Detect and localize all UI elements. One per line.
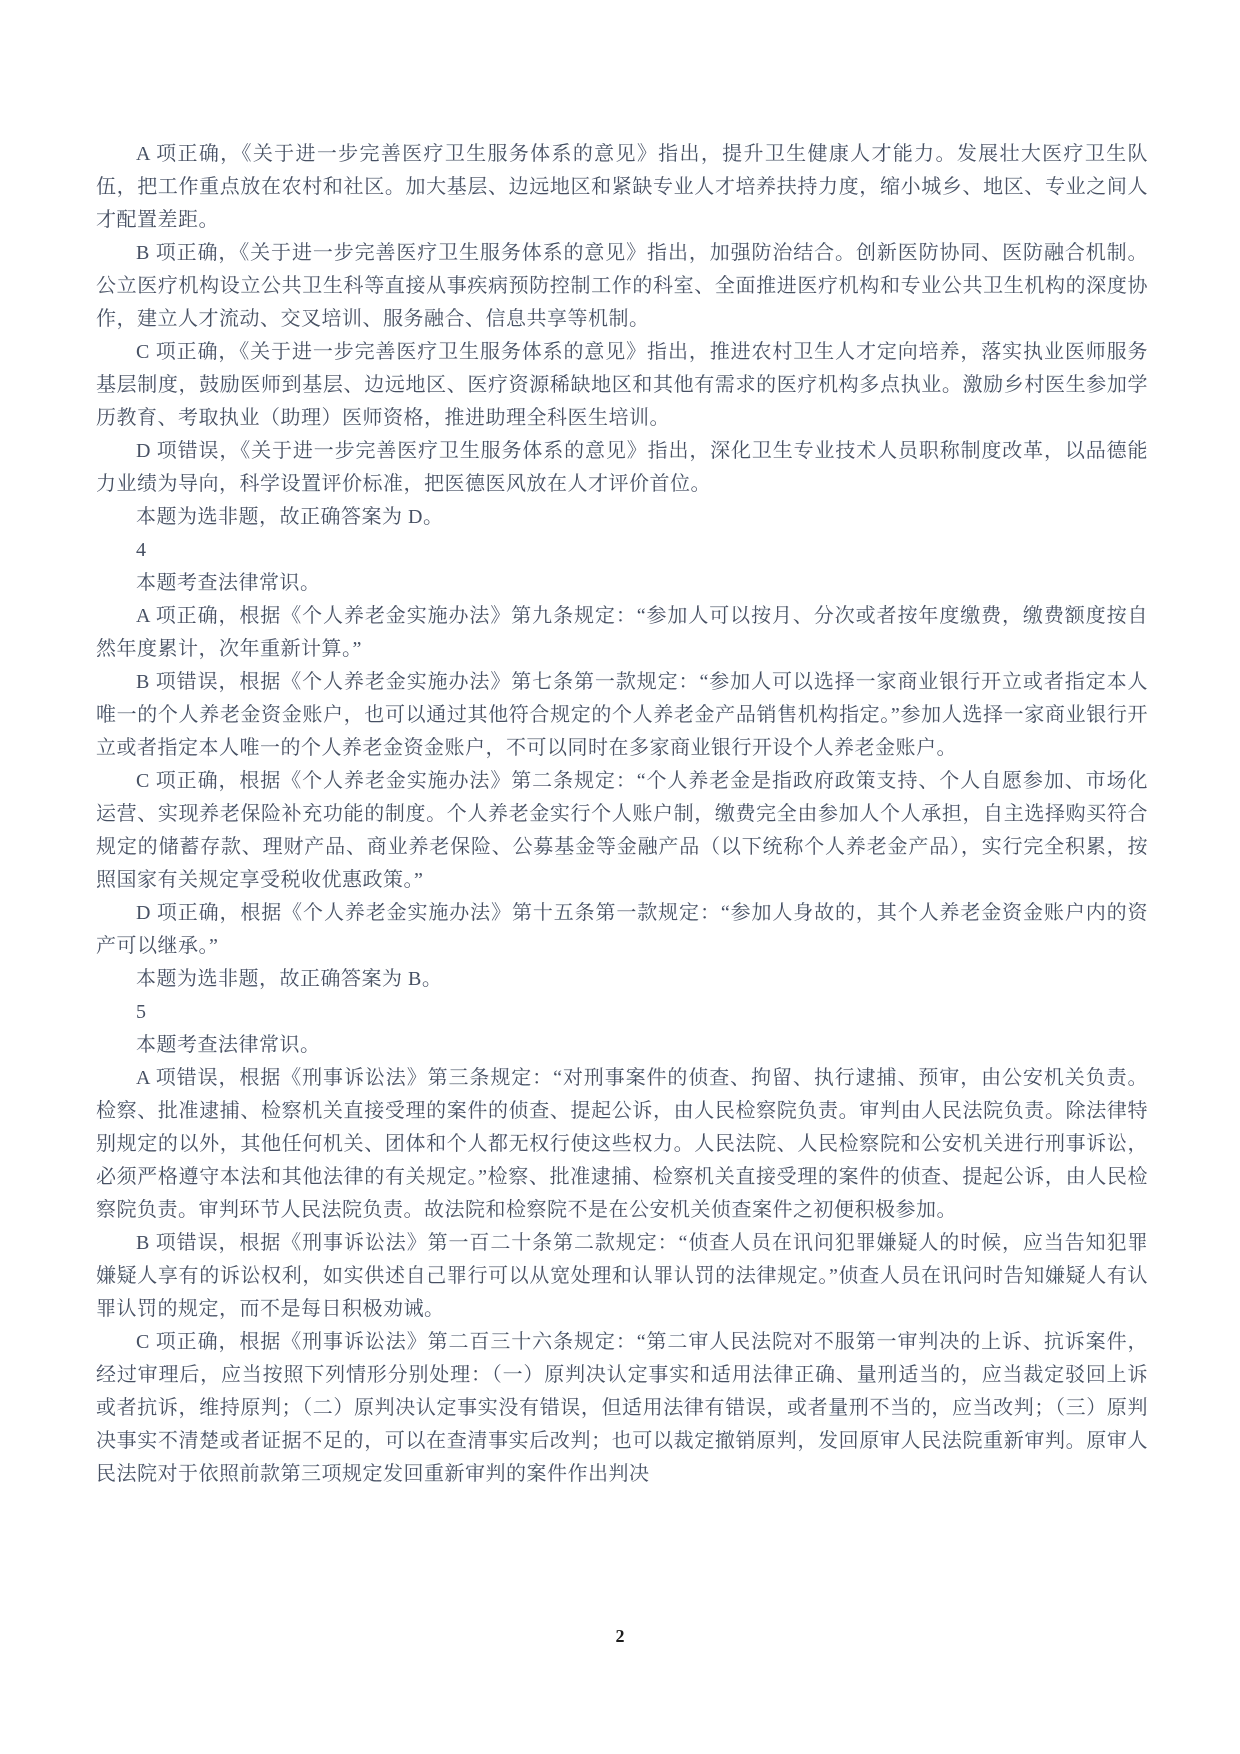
paragraph-q3-option-a: A 项正确，《关于进一步完善医疗卫生服务体系的意见》指出，提升卫生健康人才能力。… xyxy=(96,138,1148,237)
paragraph-q4-option-d: D 项正确，根据《个人养老金实施办法》第十五条第一款规定：“参加人身故的，其个人… xyxy=(96,897,1148,963)
document-body: A 项正确，《关于进一步完善医疗卫生服务体系的意见》指出，提升卫生健康人才能力。… xyxy=(96,138,1148,1491)
paragraph-q3-option-b: B 项正确，《关于进一步完善医疗卫生服务体系的意见》指出，加强防治结合。创新医防… xyxy=(96,237,1148,336)
paragraph-q4-intro: 本题考查法律常识。 xyxy=(96,567,1148,600)
paragraph-q3-answer: 本题为选非题，故正确答案为 D。 xyxy=(96,501,1148,534)
question-number-5: 5 xyxy=(96,996,1148,1029)
paragraph-q4-answer: 本题为选非题，故正确答案为 B。 xyxy=(96,963,1148,996)
paragraph-q3-option-c: C 项正确，《关于进一步完善医疗卫生服务体系的意见》指出，推进农村卫生人才定向培… xyxy=(96,336,1148,435)
document-page: A 项正确，《关于进一步完善医疗卫生服务体系的意见》指出，提升卫生健康人才能力。… xyxy=(0,0,1240,1754)
paragraph-q5-intro: 本题考查法律常识。 xyxy=(96,1029,1148,1062)
paragraph-q5-option-b: B 项错误，根据《刑事诉讼法》第一百二十条第二款规定：“侦查人员在讯问犯罪嫌疑人… xyxy=(96,1227,1148,1326)
paragraph-q4-option-b: B 项错误，根据《个人养老金实施办法》第七条第一款规定：“参加人可以选择一家商业… xyxy=(96,666,1148,765)
paragraph-q3-option-d: D 项错误，《关于进一步完善医疗卫生服务体系的意见》指出，深化卫生专业技术人员职… xyxy=(96,435,1148,501)
paragraph-q5-option-a: A 项错误，根据《刑事诉讼法》第三条规定：“对刑事案件的侦查、拘留、执行逮捕、预… xyxy=(96,1062,1148,1227)
paragraph-q4-option-c: C 项正确，根据《个人养老金实施办法》第二条规定：“个人养老金是指政府政策支持、… xyxy=(96,765,1148,897)
paragraph-q4-option-a: A 项正确，根据《个人养老金实施办法》第九条规定：“参加人可以按月、分次或者按年… xyxy=(96,600,1148,666)
question-number-4: 4 xyxy=(96,534,1148,567)
page-number: 2 xyxy=(0,1626,1240,1647)
paragraph-q5-option-c: C 项正确，根据《刑事诉讼法》第二百三十六条规定：“第二审人民法院对不服第一审判… xyxy=(96,1326,1148,1491)
